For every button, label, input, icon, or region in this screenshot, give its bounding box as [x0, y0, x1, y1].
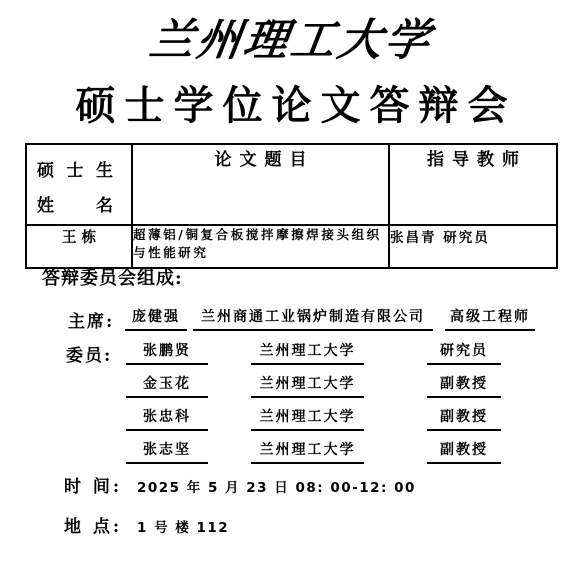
- header-student-line1: 硕士生: [37, 154, 113, 189]
- header-thesis-title: 论文题目: [132, 144, 389, 225]
- member-name: 金玉花: [126, 373, 208, 398]
- chair-org: 兰州商通工业锅炉制造有限公司: [193, 306, 433, 331]
- header-advisor: 指导教师: [389, 144, 557, 225]
- university-logo-text: 兰州理工大学: [0, 4, 583, 68]
- defense-announcement-document: 兰州理工大学 硕士学位论文答辩会 硕士生 姓名 论文题目 指导教师 王栋 超薄铝…: [0, 0, 583, 576]
- student-name-cell: 王栋: [26, 225, 132, 268]
- member-org: 兰州理工大学: [251, 406, 364, 431]
- header-student-line2: 姓名: [37, 189, 113, 224]
- thesis-title-cell: 超薄铝/铜复合板搅拌摩擦焊接头组织与性能研究: [132, 225, 389, 268]
- member-title: 研究员: [427, 340, 501, 365]
- header-student-name: 硕士生 姓名: [26, 144, 132, 225]
- chair-label: 主席:: [68, 307, 114, 332]
- member-title: 副教授: [427, 373, 501, 398]
- table-row: 王栋 超薄铝/铜复合板搅拌摩擦焊接头组织与性能研究 张昌青 研究员: [26, 225, 557, 268]
- table-header-row: 硕士生 姓名 论文题目 指导教师: [26, 144, 557, 225]
- member-name: 张忠科: [126, 406, 208, 431]
- time-label: 时 间:: [64, 472, 122, 497]
- place-label: 地 点:: [64, 512, 122, 537]
- member-label: 委员:: [66, 341, 112, 366]
- member-title: 副教授: [427, 406, 501, 431]
- member-org: 兰州理工大学: [251, 373, 364, 398]
- chair-title: 高级工程师: [445, 306, 535, 331]
- thesis-info-table: 硕士生 姓名 论文题目 指导教师 王栋 超薄铝/铜复合板搅拌摩擦焊接头组织与性能…: [25, 143, 558, 269]
- member-title: 副教授: [427, 439, 501, 464]
- chair-name: 庞健强: [125, 306, 187, 331]
- member-org: 兰州理工大学: [251, 340, 364, 365]
- member-name: 张志坚: [126, 439, 208, 464]
- member-org: 兰州理工大学: [251, 439, 364, 464]
- member-name: 张鹏贤: [126, 340, 208, 365]
- place-value: 1 号 楼 112: [137, 516, 229, 536]
- time-value: 2025 年 5 月 23 日 08: 00-12: 00: [137, 476, 416, 496]
- advisor-cell: 张昌青 研究员: [389, 225, 557, 268]
- page-title: 硕士学位论文答辩会: [0, 74, 583, 131]
- committee-section-label: 答辩委员会组成:: [42, 264, 183, 290]
